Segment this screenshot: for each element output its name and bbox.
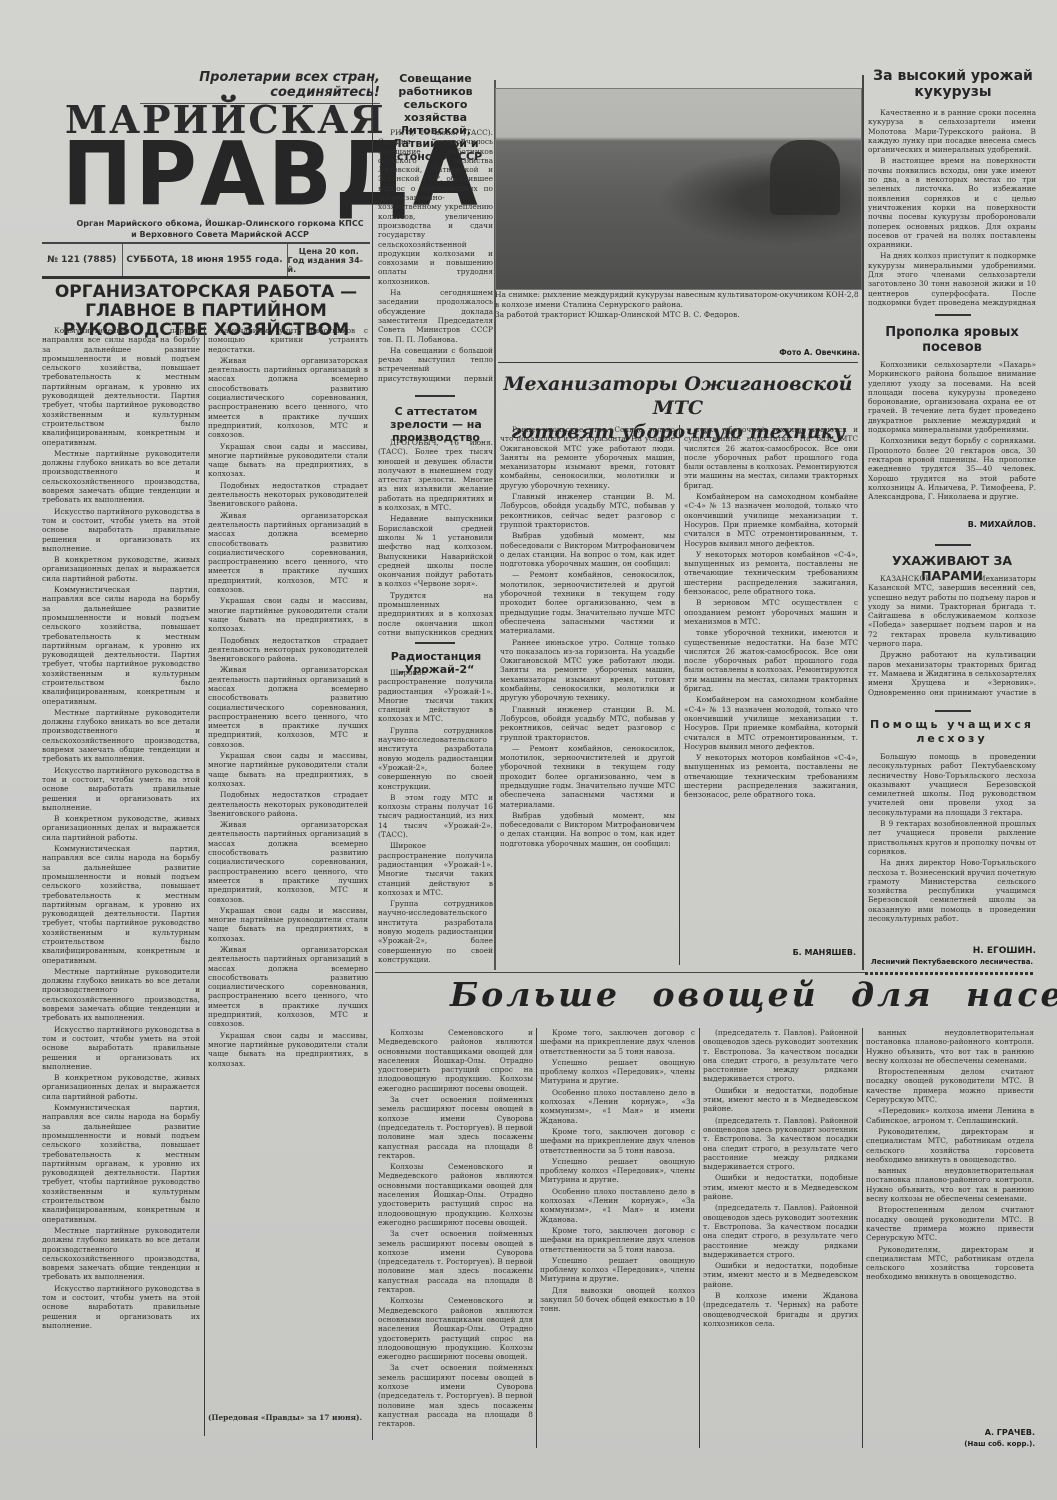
paragraph: ДРОГОБЫЧ, 16 июня. (ТАСС). Более трех ты… <box>378 438 493 512</box>
paragraph: Коммунистическая партия, направляя все с… <box>42 1103 200 1224</box>
column-rule <box>204 326 205 1436</box>
vegetables-article-headline: Больше овощей для населения города <box>450 975 1030 1023</box>
paragraph: Группа сотрудников научно-исследовательс… <box>378 726 493 791</box>
paragraph: Колхозы Семеновского и Медведевского рай… <box>378 1296 533 1361</box>
paragraph: Колхозники сельхозартели «Пахарь» Моркин… <box>868 360 1036 434</box>
paragraph: Широкое распространение получила радиост… <box>378 668 493 724</box>
paragraph: Широкое распространение получила радиост… <box>378 841 493 897</box>
paragraph: Для вывозки овощей колхоз закупил 50 боч… <box>540 1286 695 1314</box>
vegetables-article-col4: ванных неудовлетворительная постановка п… <box>866 1028 1034 1423</box>
paragraph: РИГА, 16 июня. (ТАСС). Сегодня закончило… <box>378 128 493 286</box>
weeding-article-body: Колхозники сельхозартели «Пахарь» Моркин… <box>868 360 1036 528</box>
column-rule <box>536 1028 537 1448</box>
paragraph: Местные партийные руководители должны гл… <box>42 967 200 1023</box>
paragraph: ванных неудовлетворительная постановка п… <box>866 1166 1034 1203</box>
newspaper-page: Пролетарии всех стран, соединяйтесь! МАР… <box>0 0 1057 1500</box>
forestry-article-signature-title: Лесничий Пектубаевского лесничества. <box>868 958 1036 966</box>
column-rule <box>862 75 864 970</box>
masthead-organ: Орган Марийского обкома, Йошкар-Олинског… <box>70 218 370 240</box>
issue-number: № 121 (7885) <box>42 244 123 276</box>
price-block: Цена 20 коп. Год издания 34-й. <box>288 244 371 276</box>
paragraph: замечаниям, учить работников с помощью к… <box>208 326 368 354</box>
tractor-figure <box>770 140 840 215</box>
paragraph: Коммунистическая партия, направляя все с… <box>42 326 200 447</box>
divider <box>375 972 865 973</box>
paragraph: Второстепенным делом считают посадку ово… <box>866 1067 1034 1104</box>
paragraph: Коммунистическая партия, направляя все с… <box>42 844 200 965</box>
paragraph: Живая организаторская деятельность парти… <box>208 665 368 749</box>
paragraph: — Ремонт комбайнов, сенокосилок, молотил… <box>500 744 675 809</box>
paragraph: Искусство партийного руководства в том и… <box>42 1284 200 1330</box>
paragraph: На днях директор Ново-Торъяльского лесхо… <box>868 858 1036 923</box>
paragraph: Ошибки и недостатки, подобные этим, имею… <box>703 1173 858 1201</box>
weeding-article-headline: Прополка яровых посевов <box>868 325 1036 355</box>
paragraph: В 9 гектарах возобновленной прошлых лет … <box>868 819 1036 856</box>
paragraph: Качественно и в ранние сроки посеяна кук… <box>868 108 1036 154</box>
issue-date: СУББОТА, 18 июня 1955 года. <box>123 244 288 276</box>
paragraph: Комбайнером на самоходном комбайне «С-4»… <box>684 492 858 548</box>
masthead-title-line2: ПРАВДА <box>62 130 372 218</box>
paragraph: В конкретном руководстве, живых организа… <box>42 555 200 583</box>
paragraph: Подобных недостатков страдает деятельнос… <box>208 636 368 664</box>
paragraph: Местные партийные руководители должны гл… <box>42 1226 200 1282</box>
paragraph: Украшая свои сады и массивы, многие парт… <box>208 1031 368 1068</box>
mts-article-signature: Б. МАНЯШЕВ. <box>760 948 856 957</box>
lead-article-col1: Коммунистическая партия, направляя все с… <box>42 326 200 1416</box>
paragraph: «Передовик» колхоза имени Ленина в Сабин… <box>866 1106 1034 1125</box>
paragraph: Искусство партийного руководства в том и… <box>42 1025 200 1071</box>
paragraph: Местные партийные руководители должны гл… <box>42 708 200 764</box>
vegetables-article-signature: А. ГРАЧЕВ. <box>930 1428 1035 1437</box>
column-rule <box>372 80 373 1440</box>
mts-article-col2: товке уборочной техники, имеются и сущес… <box>684 425 858 945</box>
paragraph: За счет освоения пойменных земель расшир… <box>378 1363 533 1428</box>
paragraph: За счет освоения пойменных земель расшир… <box>378 1229 533 1294</box>
divider <box>415 642 455 644</box>
paragraph: Успешно решает овощную проблему колхоз «… <box>540 1157 695 1185</box>
paragraph: Дружно работают на культивации паров мех… <box>868 650 1036 700</box>
mts-article-col1: Раннее июньское утро. Солнце только что … <box>500 425 675 965</box>
paragraph: Недавние выпускники Бориславской средней… <box>378 514 493 588</box>
paragraph: Кроме того, заключен договор с шефами на… <box>540 1028 695 1056</box>
divider <box>498 362 858 363</box>
paragraph: Искусство партийного руководства в том и… <box>42 766 200 812</box>
paragraph: В этом году МТС и колхозы страны получат… <box>378 793 493 839</box>
graduates-article-body: ДРОГОБЫЧ, 16 июня. (ТАСС). Более трех ты… <box>378 438 493 638</box>
paragraph: Ошибки и недостатки, подобные этим, имею… <box>703 1086 858 1114</box>
paragraph: Большую помощь в проведении лесокультурн… <box>868 752 1036 817</box>
paragraph: На совещании с большой речью выступил те… <box>378 346 493 383</box>
paragraph: Живая организаторская деятельность парти… <box>208 511 368 595</box>
paragraph: Особенно плохо поставлено дело в колхоза… <box>540 1187 695 1224</box>
paragraph: (председатель т. Павлов). Районной овоще… <box>703 1203 858 1259</box>
paragraph: Главный инженер станции В. М. Лобурсов, … <box>500 492 675 529</box>
paragraph: Особенно плохо поставлено дело в колхоза… <box>540 1088 695 1125</box>
issue-price: Цена 20 коп. <box>299 247 359 256</box>
issue-info-bar: № 121 (7885) СУББОТА, 18 июня 1955 года.… <box>42 242 370 279</box>
corn-article-headline: За высокий урожай кукурузы <box>868 68 1038 100</box>
vegetables-article-col2: Кроме того, заключен договор с шефами на… <box>540 1028 695 1448</box>
paragraph: Ошибки и недостатки, подобные этим, имею… <box>703 1261 858 1289</box>
forestry-article-body: Большую помощь в проведении лесокультурн… <box>868 752 1036 947</box>
paragraph: Подобных недостатков страдает деятельнос… <box>208 481 368 509</box>
paragraph: Украшая свои сады и массивы, многие парт… <box>208 906 368 943</box>
paragraph: Второстепенным делом считают посадку ово… <box>866 1205 1034 1242</box>
photo-credit: Фото А. Овечкина. <box>760 348 860 357</box>
paragraph: Раннее июньское утро. Солнце только что … <box>500 425 675 490</box>
fallow-article-body: КАЗАНСКОЕ. Механизаторы Казанской МТС, з… <box>868 574 1036 700</box>
baltic-article-body: РИГА, 16 июня. (ТАСС). Сегодня закончило… <box>378 128 493 383</box>
paragraph: Успешно решает овощную проблему колхоз «… <box>540 1256 695 1284</box>
paragraph: Искусство партийного руководства в том и… <box>42 507 200 553</box>
paragraph: Выбрав удобный момент, мы побеседовали с… <box>500 811 675 848</box>
paragraph: Украшая свои сады и массивы, многие парт… <box>208 442 368 479</box>
paragraph: Руководителям, директорам и специалистам… <box>866 1245 1034 1282</box>
paragraph: — Ремонт комбайнов, сенокосилок, молотил… <box>500 570 675 635</box>
paragraph: товке уборочной техники, имеются и сущес… <box>684 425 858 490</box>
divider <box>415 395 455 397</box>
forestry-article-headline: Помощь учащихся лесхозу <box>868 718 1036 746</box>
column-rule <box>679 425 680 965</box>
paragraph: товке уборочной техники, имеются и сущес… <box>684 628 858 693</box>
paragraph: Коммунистическая партия, направляя все с… <box>42 585 200 706</box>
paragraph: КАЗАНСКОЕ. Механизаторы Казанской МТС, з… <box>868 574 1036 648</box>
vegetables-article-col1: Колхозы Семеновского и Медведевского рай… <box>378 1028 533 1448</box>
lead-article-source: (Передовая «Правды» за 17 июня). <box>208 1413 368 1422</box>
paragraph: Комбайнером на самоходном комбайне «С-4»… <box>684 695 858 751</box>
paragraph: Кроме того, заключен договор с шефами на… <box>540 1127 695 1155</box>
paragraph: Трудятся на промышленных предприятиях и … <box>378 591 493 638</box>
paragraph: ванных неудовлетворительная постановка п… <box>866 1028 1034 1065</box>
lead-article-col2: замечаниям, учить работников с помощью к… <box>208 326 368 1411</box>
photo-caption: На снимке: рыхление междурядий кукурузы … <box>495 290 860 320</box>
organ-line1: Орган Марийского обкома, Йошкар-Олинског… <box>70 218 370 229</box>
divider <box>935 710 971 712</box>
vegetables-article-signature-title: (Наш соб. корр.). <box>930 1440 1035 1448</box>
column-rule <box>862 1028 863 1448</box>
paragraph: Украшая свои сады и массивы, многие парт… <box>208 596 368 633</box>
paragraph: Колхозы Семеновского и Медведевского рай… <box>378 1162 533 1227</box>
paragraph: Подобных недостатков страдает деятельнос… <box>208 790 368 818</box>
forestry-article-signature: Н. ЕГОШИН. <box>930 946 1036 956</box>
paragraph: В колхозе имени Жданова (председатель т.… <box>703 1291 858 1328</box>
paragraph: Кроме того, заключен договор с шефами на… <box>540 1226 695 1254</box>
radio-article-body: Широкое распространение получила радиост… <box>378 668 493 968</box>
divider <box>935 544 971 546</box>
paragraph: Главный инженер станции В. М. Лобурсов, … <box>500 705 675 742</box>
paragraph: Руководителям, директорам и специалистам… <box>866 1127 1034 1164</box>
paragraph: Живая организаторская деятельность парти… <box>208 945 368 1029</box>
paragraph: Раннее июньское утро. Солнце только что … <box>500 638 675 703</box>
paragraph: Группа сотрудников научно-исследовательс… <box>378 899 493 964</box>
paragraph: У некоторых моторов комбайнов «С-4», вып… <box>684 753 858 799</box>
paragraph: Успешно решает овощную проблему колхоз «… <box>540 1058 695 1086</box>
paragraph: Украшая свои сады и массивы, многие парт… <box>208 751 368 788</box>
paragraph: У некоторых моторов комбайнов «С-4», вып… <box>684 550 858 596</box>
headline-line1: Механизаторы Ожигановской МТС <box>498 372 858 420</box>
paragraph: Живая организаторская деятельность парти… <box>208 820 368 904</box>
paragraph: Живая организаторская деятельность парти… <box>208 356 368 440</box>
paragraph: (председатель т. Павлов). Районной овоще… <box>703 1116 858 1172</box>
column-rule <box>699 1028 700 1448</box>
paragraph: За счет освоения пойменных земель расшир… <box>378 1095 533 1160</box>
paragraph: В конкретном руководстве, живых организа… <box>42 814 200 842</box>
weeding-article-signature: В. МИХАЙЛОВ. <box>940 520 1036 529</box>
paragraph: На днях колхоз приступит к подкормке кук… <box>868 251 1036 306</box>
paragraph: В зерновом МТС осуществлен с опозданием … <box>684 598 858 626</box>
paragraph: Колхозники ведут борьбу с сорняками. Про… <box>868 436 1036 501</box>
vegetables-article-col3: (председатель т. Павлов). Районной овоще… <box>703 1028 858 1448</box>
caption-text-2: За работой тракторист Юшкар-Олинской МТС… <box>495 310 860 320</box>
paragraph: Местные партийные руководители должны гл… <box>42 449 200 505</box>
publication-year: Год издания 34-й. <box>288 256 371 274</box>
paragraph: (председатель т. Павлов). Районной овоще… <box>703 1028 858 1084</box>
paragraph: Выбрав удобный момент, мы побеседовали с… <box>500 531 675 568</box>
paragraph: На сегодняшнем заседании продолжалось об… <box>378 288 493 344</box>
organ-line2: и Верховного Совета Марийской АССР <box>70 229 370 240</box>
divider <box>935 314 971 316</box>
caption-text: На снимке: рыхление междурядий кукурузы … <box>495 290 860 310</box>
paragraph: В настоящее время на поверхности почвы п… <box>868 156 1036 249</box>
corn-article-body: Качественно и в ранние сроки посеяна кук… <box>868 108 1036 306</box>
paragraph: Колхозы Семеновского и Медведевского рай… <box>378 1028 533 1093</box>
paragraph: В конкретном руководстве, живых организа… <box>42 1073 200 1101</box>
